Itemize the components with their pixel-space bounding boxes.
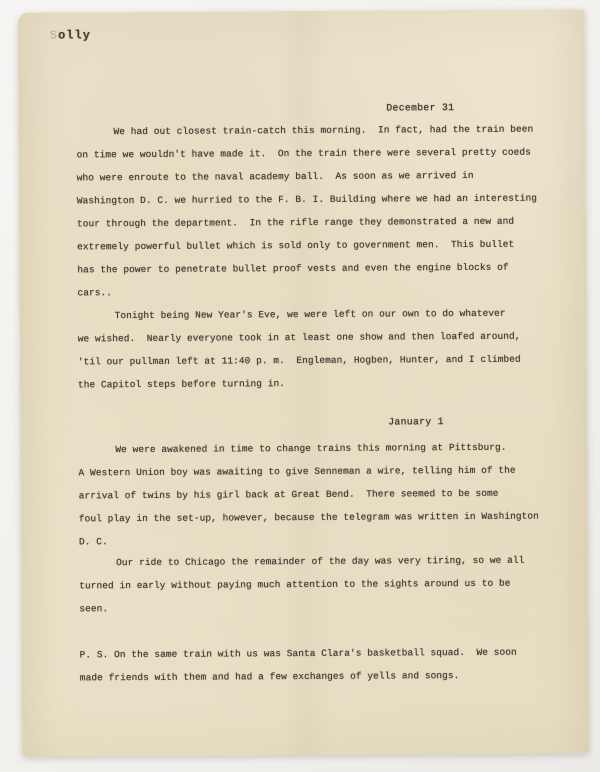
paragraph: We were awakened in time to change train… (78, 435, 568, 553)
text-line: the Capitol steps before turning in. (78, 370, 567, 396)
text-line: Tonight being New Year's Eve, we were le… (78, 301, 567, 327)
text-line: cars.. (77, 278, 566, 304)
document-page: Solly December 31 We had out closest tra… (18, 9, 590, 756)
paragraph: Our ride to Chicago the remainder of the… (79, 548, 568, 620)
text-line: who were enroute to the naval academy ba… (77, 163, 566, 189)
page-annotation: Solly (50, 28, 91, 42)
text-line: Our ride to Chicago the remainder of the… (79, 548, 568, 574)
text-line: made friends with them and had a few exc… (80, 663, 569, 689)
text-line: extremely powerful bullet which is sold … (77, 232, 566, 258)
text-line: arrival of twins by his girl back at Gre… (79, 481, 568, 507)
paragraph: Tonight being New Year's Eve, we were le… (78, 301, 568, 396)
text-line: we wished. Nearly everyone took in at le… (78, 324, 567, 350)
text-line: Washington D. C. we hurried to the F. B.… (77, 186, 566, 212)
text-line: We were awakened in time to change train… (78, 435, 567, 461)
text-line: has the power to penetrate bullet proof … (77, 255, 566, 281)
text-line: seen. (79, 594, 568, 620)
text-line: 'til our pullman left at 11:40 p. m. Eng… (78, 347, 567, 373)
text-line: foul play in the set-up, however, becaus… (79, 504, 568, 530)
entry-heading-december-31: December 31 (386, 96, 454, 119)
text-line: tour through the department. In the rifl… (77, 209, 566, 235)
text-line: turned in early without paying much atte… (79, 571, 568, 597)
postscript-paragraph: P. S. On the same train with us was Sant… (80, 640, 569, 689)
text-line: We had out closest train-catch this morn… (76, 117, 565, 143)
paragraph: We had out closest train-catch this morn… (76, 117, 566, 304)
text-line: A Western Union boy was awaiting to give… (78, 458, 567, 484)
text-line: P. S. On the same train with us was Sant… (80, 640, 569, 666)
entry-heading-january-1: January 1 (388, 410, 444, 433)
text-line: on time we wouldn't have made it. On the… (77, 140, 566, 166)
